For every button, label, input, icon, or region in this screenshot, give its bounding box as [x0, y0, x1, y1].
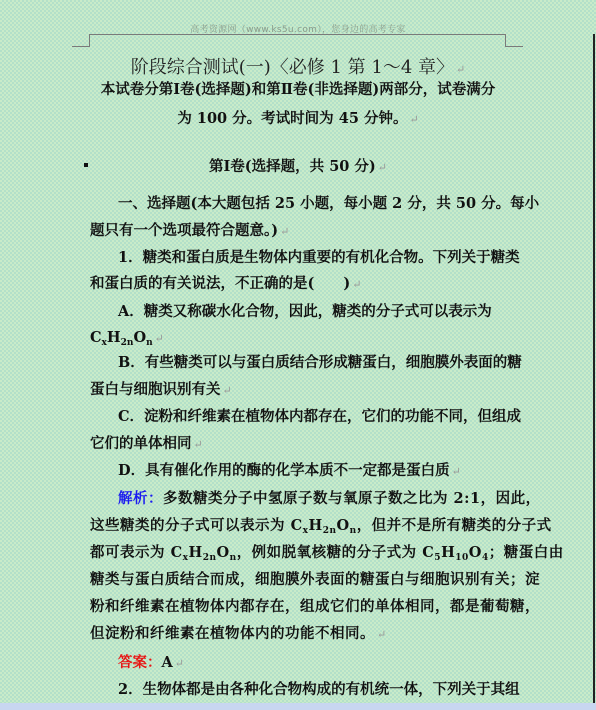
- formula-c: C: [291, 517, 303, 534]
- question-1-stem-line-2: 和蛋白质的有关说法，不正确的是( )↵: [90, 274, 361, 295]
- instructions-text-2: 题只有一个选项最符合题意。): [90, 222, 278, 239]
- page-right-border: [593, 34, 595, 703]
- analysis-text-3a: 都可表示为: [90, 544, 171, 561]
- analysis-text-4: 糖类与蛋白质结合而成，细胞膜外表面的糖蛋白与细胞识别有关；淀: [90, 571, 540, 588]
- option-b-line-1: B．有些糖类可以与蛋白质结合形成糖蛋白，细胞膜外表面的糖: [118, 353, 522, 373]
- analysis-text-2a: 这些糖类的分子式可以表示为: [90, 517, 291, 534]
- q1-stem-text-2: 和蛋白质的有关说法，不正确的是( ): [90, 275, 350, 292]
- question-1-stem-line-1: 1．糖类和蛋白质是生物体内重要的有机化合物。下列关于糖类: [118, 248, 520, 268]
- formula-o: O: [337, 517, 350, 534]
- formula-o-sub: n: [350, 526, 357, 536]
- title-text: 阶段综合测试(一)〈必修 1 第 1～4 章〉: [131, 57, 454, 78]
- document-page: 高考资源网（www.ks5u.com），您身边的高考专家 阶段综合测试(一)〈必…: [0, 0, 596, 710]
- analysis-text-2b: ，但并不是所有糖类的分子式: [357, 517, 552, 534]
- option-b-line-2: 蛋白与细胞识别有关↵: [90, 380, 232, 401]
- paragraph-mark: ↵: [409, 113, 418, 126]
- instructions-line-2: 题只有一个选项最符合题意。)↵: [90, 221, 289, 242]
- formula-c: C: [90, 329, 102, 346]
- answer-value: A: [162, 654, 173, 671]
- deoxyribose-c: C: [422, 544, 434, 561]
- instructions-line-1: 一、选择题(本大题包括 25 小题，每小题 2 分，共 50 分。每小: [118, 194, 539, 214]
- q1-stem-text-1: 1．糖类和蛋白质是生物体内重要的有机化合物。下列关于糖类: [118, 249, 520, 266]
- paragraph-mark: ↵: [194, 438, 203, 451]
- q2-stem-text-1: 2．生物体都是由各种化合物构成的有机统一体，下列关于其组: [118, 681, 520, 698]
- paragraph-mark: ↵: [223, 384, 232, 397]
- analysis-text-3c: ；糖蛋白由: [489, 544, 564, 561]
- formula-h-sub: 2n: [121, 338, 134, 348]
- option-a-text: A．糖类又称碳水化合物，因此，糖类的分子式可以表示为: [118, 303, 492, 320]
- header-rule-left-riser: [89, 34, 90, 47]
- formula-o-sub: n: [146, 338, 153, 348]
- section-title-text: 第Ⅰ卷(选择题，共 50 分): [209, 158, 376, 175]
- answer-label: 答案：: [118, 654, 162, 671]
- analysis-line-5: 粉和纤维素在植物体内都存在，组成它们的单体相同，都是葡萄糖，: [90, 597, 540, 617]
- deoxyribose-h-sub: 10: [455, 553, 469, 563]
- deoxyribose-o: O: [469, 544, 482, 561]
- analysis-line-2: 这些糖类的分子式可以表示为 CxH2nOn，但并不是所有糖类的分子式: [90, 516, 552, 536]
- analysis-text-1: 多数糖类分子中氢原子数与氧原子数之比为 2:1，因此，: [163, 490, 541, 507]
- paragraph-mark: ↵: [452, 465, 461, 478]
- analysis-text-5: 粉和纤维素在植物体内都存在，组成它们的单体相同，都是葡萄糖，: [90, 598, 540, 615]
- analysis-text-3b: ，例如脱氧核糖的分子式为: [237, 544, 423, 561]
- answer-line: 答案：A↵: [118, 653, 184, 674]
- analysis-line-3: 都可表示为 CxH2nOn，例如脱氧核糖的分子式为 C5H10O4；糖蛋白由: [90, 543, 564, 563]
- option-d-text: D．具有催化作用的酶的化学本质不一定都是蛋白质: [118, 462, 450, 479]
- analysis-line-4: 糖类与蛋白质结合而成，细胞膜外表面的糖蛋白与细胞识别有关；淀: [90, 570, 540, 590]
- window-bottom-strip: [0, 703, 596, 710]
- header-rule-top: [89, 34, 506, 35]
- option-a-formula: CxH2nOn↵: [90, 328, 164, 349]
- formula-c: C: [171, 544, 183, 561]
- paragraph-mark: ↵: [456, 63, 465, 76]
- analysis-text-6: 但淀粉和纤维素在植物体内的功能不相同。: [90, 625, 375, 642]
- intro-text-1: 本试卷分第Ⅰ卷(选择题)和第Ⅱ卷(非选择题)两部分，试卷满分: [101, 81, 495, 98]
- deoxyribose-o-sub: 4: [482, 553, 489, 563]
- formula-o-sub: n: [230, 553, 237, 563]
- header-rule-left: [72, 46, 90, 47]
- header-rule-right: [505, 46, 523, 47]
- formula-o: O: [217, 544, 230, 561]
- option-c-line-1: C．淀粉和纤维素在植物体内都存在，它们的功能不同，但组成: [118, 407, 521, 427]
- formula-h: H: [308, 517, 322, 534]
- option-a-line-1: A．糖类又称碳水化合物，因此，糖类的分子式可以表示为: [118, 302, 492, 322]
- option-c-text-2: 它们的单体相同: [90, 435, 192, 452]
- paragraph-mark: ↵: [352, 278, 361, 291]
- intro-line-2: 为 100 分。考试时间为 45 分钟。↵: [0, 109, 596, 130]
- page-title: 阶段综合测试(一)〈必修 1 第 1～4 章〉↵: [0, 53, 596, 79]
- formula-h: H: [188, 544, 202, 561]
- paragraph-mark: ↵: [175, 657, 184, 670]
- deoxyribose-h: H: [441, 544, 455, 561]
- option-c-line-2: 它们的单体相同↵: [90, 434, 203, 455]
- intro-text-2: 为 100 分。考试时间为 45 分钟。: [177, 110, 407, 127]
- paragraph-mark: ↵: [280, 225, 289, 238]
- paragraph-mark: ↵: [377, 628, 387, 641]
- formula-h-sub: 2n: [323, 526, 337, 536]
- section-title: 第Ⅰ卷(选择题，共 50 分)↵: [0, 157, 596, 178]
- instructions-text-1: 一、选择题(本大题包括 25 小题，每小题 2 分，共 50 分。每小: [118, 195, 539, 212]
- formula-h-sub: 2n: [203, 553, 217, 563]
- paragraph-mark: ↵: [155, 332, 164, 345]
- analysis-label: 解析：: [118, 490, 163, 507]
- formula-h: H: [107, 329, 121, 346]
- paragraph-mark: ↵: [378, 161, 387, 174]
- option-b-text-1: B．有些糖类可以与蛋白质结合形成糖蛋白，细胞膜外表面的糖: [118, 354, 522, 371]
- formula-o: O: [133, 329, 146, 346]
- option-d: D．具有催化作用的酶的化学本质不一定都是蛋白质↵: [118, 461, 461, 482]
- question-2-stem-line-1: 2．生物体都是由各种化合物构成的有机统一体，下列关于其组: [118, 680, 520, 700]
- analysis-line-6: 但淀粉和纤维素在植物体内的功能不相同。↵: [90, 624, 387, 645]
- analysis-line-1: 解析：多数糖类分子中氢原子数与氧原子数之比为 2:1，因此，: [118, 489, 541, 509]
- option-b-text-2: 蛋白与细胞识别有关: [90, 381, 221, 398]
- option-c-text-1: C．淀粉和纤维素在植物体内都存在，它们的功能不同，但组成: [118, 408, 521, 425]
- intro-line-1: 本试卷分第Ⅰ卷(选择题)和第Ⅱ卷(非选择题)两部分，试卷满分: [0, 80, 596, 100]
